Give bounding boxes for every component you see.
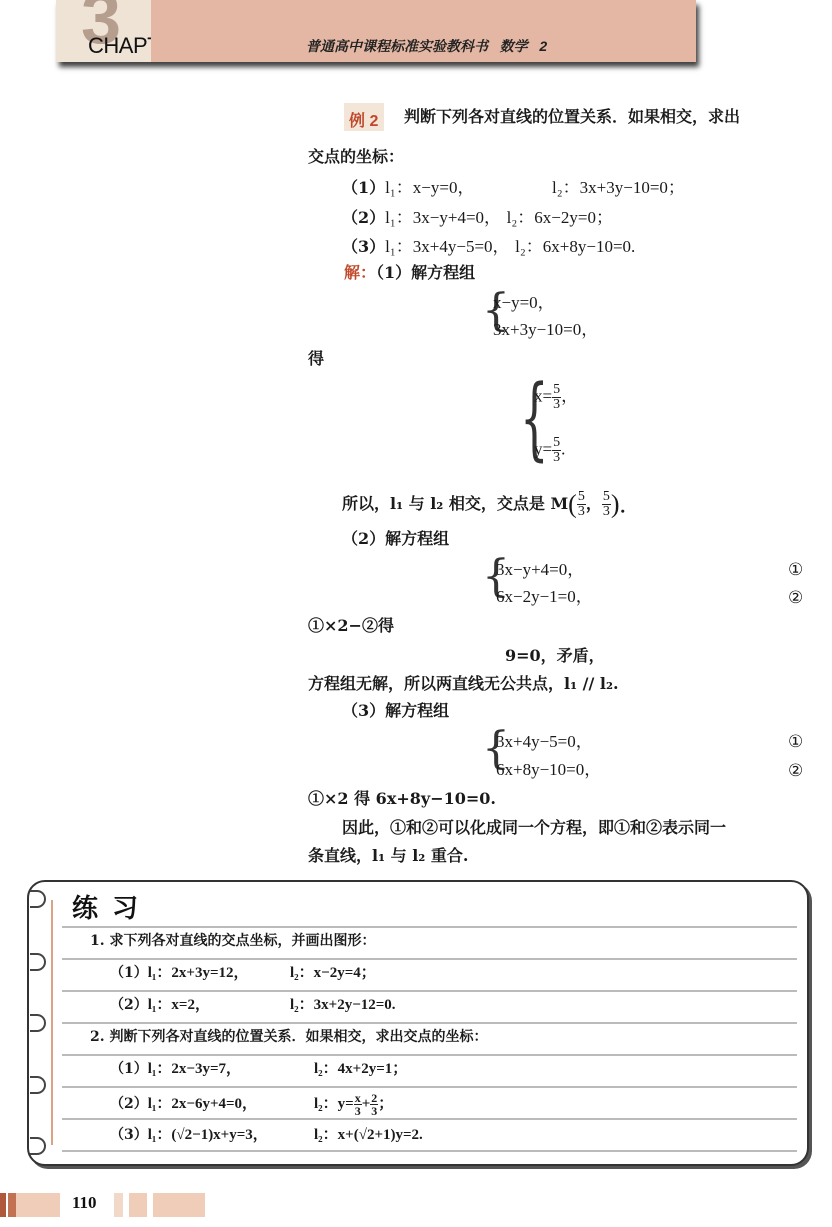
solution-part1-intro: 解：（1）解方程组 xyxy=(344,265,475,281)
exercise-q2-item3-l2: l₂：x+(√2+1)y=2. xyxy=(314,1128,423,1143)
part3-conclusion-line1: 因此，①和②可以化成同一个方程，即①和②表示同一 xyxy=(342,820,726,836)
example-item-1-l2: l₂：3x+3y−10=0； xyxy=(552,179,685,196)
exercise-q1-item1-l2: l₂：x−2y=4； xyxy=(290,966,376,981)
exercise-q2-item3: （3）l₁：(√2−1)x+y=3， xyxy=(110,1128,268,1143)
equation-mark-1: ① xyxy=(788,560,803,580)
part1-conclusion: 所以，l₁ 与 l₂ 相交，交点是 M(53，53). xyxy=(342,490,626,519)
exercise-q2-item2-l2: l₂：y=x3+23； xyxy=(314,1092,393,1117)
equation-mark-1: ① xyxy=(788,732,803,752)
system3-eq2: 6x+8y−10=0， xyxy=(496,761,601,778)
chapter-tab: 3 CHAPTER xyxy=(56,0,151,62)
exercise-q2-item1: （1）l₁：2x−3y=7， xyxy=(110,1062,241,1077)
part2-result: 9=0，矛盾， xyxy=(505,648,605,664)
book-title: 普通高中课程标准实验教科书 数学 2 xyxy=(306,36,547,56)
system2-eq2: 6x−2y−1=0， xyxy=(496,588,593,605)
equation-mark-2: ② xyxy=(788,761,803,781)
footer-decoration xyxy=(0,1193,6,1217)
margin-line xyxy=(51,900,53,1145)
rule-line xyxy=(62,1150,797,1152)
exercise-q2-item1-l2: l₂：4x+2y=1； xyxy=(314,1062,407,1077)
rule-line xyxy=(62,958,797,960)
footer-decoration xyxy=(8,1193,16,1217)
solution-label: 解： xyxy=(344,263,376,282)
exercise-q2: 2. 判断下列各对直线的位置关系．如果相交，求出交点的坐标： xyxy=(90,1030,488,1044)
system3-eq1: 3x+4y−5=0， xyxy=(496,733,593,750)
solution-part2-intro: （2）解方程组 xyxy=(342,531,449,547)
rule-line xyxy=(62,1086,797,1088)
footer-decoration xyxy=(16,1193,60,1217)
equation-mark-2: ② xyxy=(788,588,803,608)
title-band: 普通高中课程标准实验教科书 数学 2 xyxy=(151,0,696,62)
exercise-q1-item1: （1）l₁：2x+3y=12， xyxy=(110,966,249,981)
example-label: 例 2 xyxy=(344,103,384,131)
part3-step: ①×2 得 6x+8y−10=0. xyxy=(308,791,496,807)
system2-eq1: 3x−y+4=0， xyxy=(496,561,584,578)
exercise-q1-item2-l2: l₂：3x+2y−12=0. xyxy=(290,998,396,1013)
example-item-1: （1）l₁：x−y=0， xyxy=(342,179,474,196)
exercise-q1: 1. 求下列各对直线的交点坐标，并画出图形： xyxy=(90,934,376,948)
solution-part3-intro: （3）解方程组 xyxy=(342,703,449,719)
result-x: x=53， xyxy=(534,383,578,412)
exercise-title: 练习 xyxy=(72,888,152,925)
part2-conclusion: 方程组无解，所以两直线无公共点，l₁ // l₂. xyxy=(308,676,619,692)
footer-decoration xyxy=(153,1193,205,1217)
result-y: y=53. xyxy=(534,436,565,465)
rule-line xyxy=(62,990,797,992)
example-item-3: （3）l₁：3x+4y−5=0， l₂：6x+8y−10=0. xyxy=(342,238,635,255)
part3-conclusion-line2: 条直线，l₁ 与 l₂ 重合. xyxy=(308,848,468,864)
example-item-2: （2）l₁：3x−y+4=0， l₂：6x−2y=0； xyxy=(342,209,613,226)
exercise-q2-item2: （2）l₁：2x−6y+4=0， xyxy=(110,1097,257,1112)
rule-line xyxy=(62,1022,797,1024)
chapter-header: 3 CHAPTER 普通高中课程标准实验教科书 数学 2 xyxy=(56,0,696,62)
example-prompt-line1: 判断下列各对直线的位置关系．如果相交，求出 xyxy=(404,109,740,125)
get-label: 得 xyxy=(308,351,324,367)
rule-line xyxy=(62,926,797,928)
rule-line xyxy=(62,1118,797,1120)
footer-decoration xyxy=(114,1193,123,1217)
system1-eq2: 3x+3y−10=0， xyxy=(493,321,598,338)
rule-line xyxy=(62,1054,797,1056)
page-number: 110 xyxy=(72,1193,97,1213)
footer-decoration xyxy=(129,1193,147,1217)
part2-step: ①×2−②得 xyxy=(308,618,394,634)
system1-eq1: x−y=0， xyxy=(493,294,555,311)
exercise-q1-item2: （2）l₁：x=2， xyxy=(110,998,210,1013)
example-prompt-line2: 交点的坐标： xyxy=(308,149,404,165)
